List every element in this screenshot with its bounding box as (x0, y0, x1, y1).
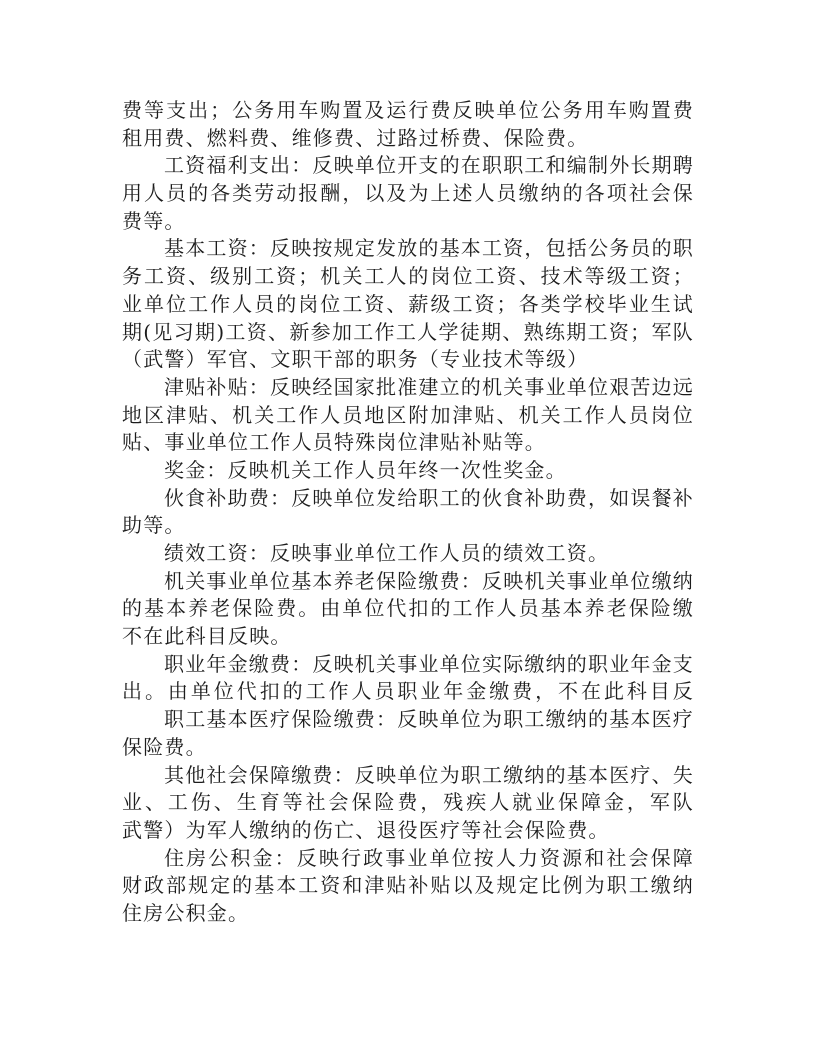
text-line: 武警）为军人缴纳的伤亡、退役医疗等社会保险费。 (122, 817, 694, 845)
text-line: 津贴补贴：反映经国家批准建立的机关事业单位艰苦边远 (122, 374, 694, 402)
paragraph-meal-subsidy: 伙食补助费：反映单位发给职工的伙食补助费，如误餐补 助等。 (122, 485, 694, 540)
text-line: 业、工伤、生育等社会保险费，残疾人就业保障金，军队（含 (122, 789, 694, 817)
paragraph-occupational-annuity: 职业年金缴费：反映机关事业单位实际缴纳的职业年金支 出。由单位代扣的工作人员职业… (122, 651, 694, 706)
text-line: 保险费。 (122, 734, 694, 762)
text-line: 伙食补助费：反映单位发给职工的伙食补助费，如误餐补 (122, 485, 694, 513)
text-line: 住房公积金：反映行政事业单位按人力资源和社会保障部、 (122, 845, 694, 873)
paragraph-allowances: 津贴补贴：反映经国家批准建立的机关事业单位艰苦边远 地区津贴、机关工作人员地区附… (122, 374, 694, 457)
document-body: 费等支出；公务用车购置及运行费反映单位公务用车购置费及 租用费、燃料费、维修费、… (122, 97, 694, 928)
paragraph-bonus: 奖金：反映机关工作人员年终一次性奖金。 (122, 457, 694, 485)
paragraph-vehicle-expense-continuation: 费等支出；公务用车购置及运行费反映单位公务用车购置费及 租用费、燃料费、维修费、… (122, 97, 694, 152)
text-line: 的基本养老保险费。由单位代扣的工作人员基本养老保险缴费， (122, 595, 694, 623)
document-page: 费等支出；公务用车购置及运行费反映单位公务用车购置费及 租用费、燃料费、维修费、… (0, 0, 816, 1056)
text-line: 业单位工作人员的岗位工资、薪级工资；各类学校毕业生试用 (122, 291, 694, 319)
text-line: 住房公积金。 (122, 900, 694, 928)
text-line: 助等。 (122, 512, 694, 540)
text-line: 不在此科目反映。 (122, 623, 694, 651)
text-line: 务工资、级别工资；机关工人的岗位工资、技术等级工资；事 (122, 263, 694, 291)
paragraph-other-social-security: 其他社会保障缴费：反映单位为职工缴纳的基本医疗、失 业、工伤、生育等社会保险费，… (122, 762, 694, 845)
paragraph-medical-insurance: 职工基本医疗保险缴费：反映单位为职工缴纳的基本医疗 保险费。 (122, 706, 694, 761)
text-line: 绩效工资：反映事业单位工作人员的绩效工资。 (122, 540, 694, 568)
text-line: 地区津贴、机关工作人员地区附加津贴、机关工作人员岗位津 (122, 402, 694, 430)
text-line: 工资福利支出：反映单位开支的在职职工和编制外长期聘 (122, 152, 694, 180)
text-line: 财政部规定的基本工资和津贴补贴以及规定比例为职工缴纳的 (122, 872, 694, 900)
text-line: 费等。 (122, 208, 694, 236)
paragraph-pension-insurance: 机关事业单位基本养老保险缴费：反映机关事业单位缴纳 的基本养老保险费。由单位代扣… (122, 568, 694, 651)
text-line: 其他社会保障缴费：反映单位为职工缴纳的基本医疗、失 (122, 762, 694, 790)
text-line: 奖金：反映机关工作人员年终一次性奖金。 (122, 457, 694, 485)
paragraph-salary-welfare: 工资福利支出：反映单位开支的在职职工和编制外长期聘 用人员的各类劳动报酬，以及为… (122, 152, 694, 235)
text-line: 基本工资：反映按规定发放的基本工资，包括公务员的职 (122, 235, 694, 263)
text-line: （武警）军官、文职干部的职务（专业技术等级） (122, 346, 694, 374)
text-line: 出。由单位代扣的工作人员职业年金缴费，不在此科目反映。 (122, 678, 694, 706)
text-line: 期(见习期)工资、新参加工作工人学徒期、熟练期工资；军队 (122, 319, 694, 347)
text-line: 贴、事业单位工作人员特殊岗位津贴补贴等。 (122, 429, 694, 457)
text-line: 职业年金缴费：反映机关事业单位实际缴纳的职业年金支 (122, 651, 694, 679)
paragraph-performance-salary: 绩效工资：反映事业单位工作人员的绩效工资。 (122, 540, 694, 568)
text-line: 机关事业单位基本养老保险缴费：反映机关事业单位缴纳 (122, 568, 694, 596)
text-line: 费等支出；公务用车购置及运行费反映单位公务用车购置费及 (122, 97, 694, 125)
text-line: 职工基本医疗保险缴费：反映单位为职工缴纳的基本医疗 (122, 706, 694, 734)
paragraph-basic-salary: 基本工资：反映按规定发放的基本工资，包括公务员的职 务工资、级别工资；机关工人的… (122, 235, 694, 373)
paragraph-housing-fund: 住房公积金：反映行政事业单位按人力资源和社会保障部、 财政部规定的基本工资和津贴… (122, 845, 694, 928)
text-line: 租用费、燃料费、维修费、过路过桥费、保险费。 (122, 125, 694, 153)
text-line: 用人员的各类劳动报酬，以及为上述人员缴纳的各项社会保险 (122, 180, 694, 208)
